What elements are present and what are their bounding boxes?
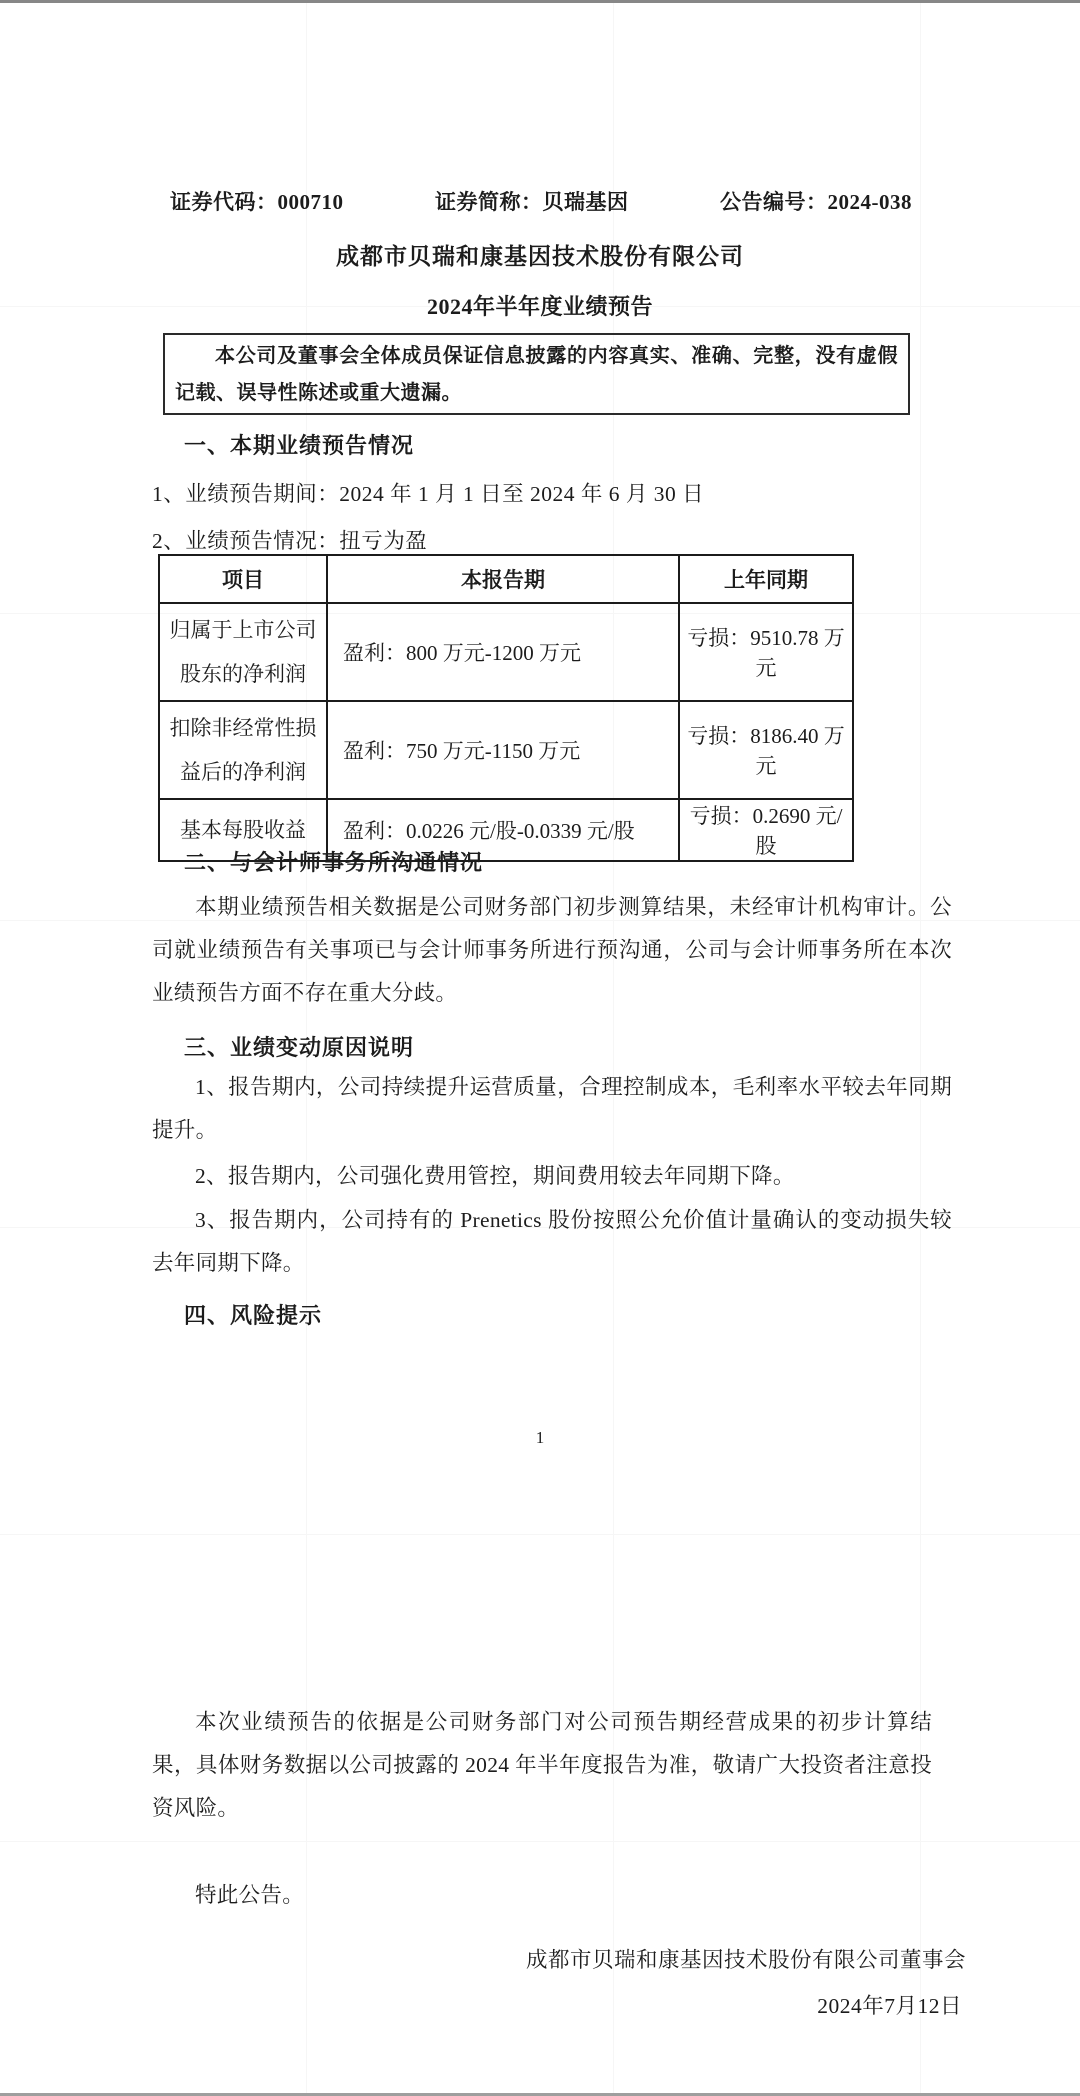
top-edge-line [0,0,1080,3]
company-name: 成都市贝瑞和康基因技术股份有限公司 [0,238,1080,271]
current-period-net-profit: 盈利：800 万元-1200 万元 [327,603,679,701]
row-label-deducted-profit: 扣除非经常性损益后的净利润 [159,701,327,799]
reason-item-3: 3、报告期内，公司持有的 Prenetics 股份按照公允价值计量确认的变动损失… [152,1199,952,1285]
table-row: 扣除非经常性损益后的净利润 盈利：750 万元-1150 万元 亏损：8186.… [159,701,853,799]
table-header-current-period: 本报告期 [327,555,679,603]
section-heading-forecast: 一、本期业绩预告情况 [184,429,414,460]
page-number: 1 [0,1428,1080,1448]
announcement-number: 公告编号：2024-038 [720,186,912,216]
table-header-row: 项目 本报告期 上年同期 [159,555,853,603]
signature-date: 2024年7月12日 [817,1989,962,2020]
disclaimer-box: 本公司及董事会全体成员保证信息披露的内容真实、准确、完整，没有虚假记载、误导性陈… [163,333,910,415]
document-title: 2024年半年度业绩预告 [0,290,1080,321]
forecast-type-item: 2、业绩预告情况：扭亏为盈 [152,524,427,555]
current-period-deducted-profit: 盈利：750 万元-1150 万元 [327,701,679,799]
table-header-item: 项目 [159,555,327,603]
section-heading-reasons: 三、业绩变动原因说明 [184,1031,414,1062]
disclaimer-text: 本公司及董事会全体成员保证信息披露的内容真实、准确、完整，没有虚假记载、误导性陈… [175,338,898,412]
reason-item-1: 1、报告期内，公司持续提升运营质量，合理控制成本，毛利率水平较去年同期提升。 [152,1066,952,1152]
signature-company: 成都市贝瑞和康基因技术股份有限公司董事会 [526,1943,966,1974]
section-heading-accountant: 二、与会计师事务所沟通情况 [184,846,483,877]
document-header-row: 证券代码：000710 证券简称：贝瑞基因 公告编号：2024-038 [170,186,912,216]
table-row: 归属于上市公司股东的净利润 盈利：800 万元-1200 万元 亏损：9510.… [159,603,853,701]
table-header-prior-period: 上年同期 [679,555,853,603]
announcement-document: 证券代码：000710 证券简称：贝瑞基因 公告编号：2024-038 成都市贝… [0,0,1080,2096]
forecast-table: 项目 本报告期 上年同期 归属于上市公司股东的净利润 盈利：800 万元-120… [158,554,854,862]
prior-period-eps: 亏损：0.2690 元/股 [679,799,853,861]
stock-code: 证券代码：000710 [170,186,344,216]
section-heading-risk: 四、风险提示 [184,1299,322,1330]
closing-statement: 特此公告。 [152,1874,952,1917]
prior-period-net-profit: 亏损：9510.78 万元 [679,603,853,701]
audit-paragraph: 本期业绩预告相关数据是公司财务部门初步测算结果，未经审计机构审计。公司就业绩预告… [152,886,952,1015]
row-label-net-profit: 归属于上市公司股东的净利润 [159,603,327,701]
reason-item-2: 2、报告期内，公司强化费用管控，期间费用较去年同期下降。 [152,1155,952,1198]
basis-paragraph: 本次业绩预告的依据是公司财务部门对公司预告期经营成果的初步计算结果，具体财务数据… [152,1701,932,1830]
prior-period-deducted-profit: 亏损：8186.40 万元 [679,701,853,799]
stock-abbr: 证券简称：贝瑞基因 [435,186,629,216]
forecast-period-item: 1、业绩预告期间：2024 年 1 月 1 日至 2024 年 6 月 30 日 [152,477,704,508]
